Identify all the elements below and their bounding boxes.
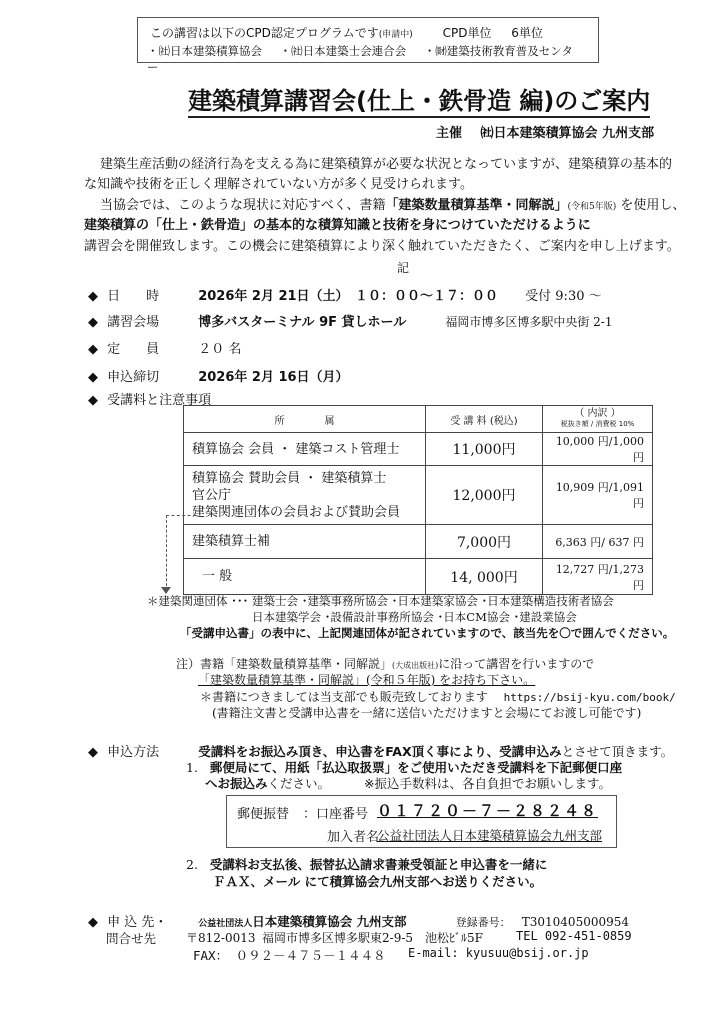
book-url-link[interactable]: https://bsij-kyu.com/book/ <box>504 691 676 704</box>
intro-p2-line2: 建築積算の「仕上・鉄骨造」の基本的な積算知識と技術を身につけていただけるように <box>84 214 591 233</box>
cpd-info-box: この講習は以下のCPD認定プログラムです(申請中) CPD単位 6単位 ・㈳日本… <box>137 17 599 63</box>
contact-tel: TEL 092-451-0859 <box>516 929 632 943</box>
cpd-line: この講習は以下のCPD認定プログラムです(申請中) CPD単位 6単位 <box>150 24 543 41</box>
cpd-orgs: ・㈳日本建築積算協会 ・㈳日本建築士会連合会 ・㈶建築技術教育普及センター <box>147 43 598 75</box>
header-fee: 受 講 料 (税込) <box>426 406 543 433</box>
table-row: 積算協会 会員 ・ 建築コスト管理士 11,000円 10,000 円/1,00… <box>184 433 653 466</box>
breakdown-title: （ 内訳 ） <box>551 408 644 419</box>
row-fee: 11,000円 <box>426 433 543 466</box>
intro-p1-line1: 建築生産活動の経済行為を支える為に建築積算が必要な状況となっていますが、建築積算… <box>100 153 672 172</box>
diamond-icon: ◆ <box>88 915 98 930</box>
book-note-line4: (書籍注文書と受講申込書を一緒に送信いただけますと会場にてお渡し可能です) <box>212 704 641 721</box>
contact-org-prefix: 公益社団法人 <box>198 919 252 929</box>
diamond-icon: ◆ <box>88 289 98 304</box>
contact-address: 福岡市博多区博多駅東2-9-5 池松ﾋﾞﾙ5F <box>262 929 483 946</box>
step2-number: 2. <box>186 857 198 872</box>
contact-email-link[interactable]: E-mail: kyusuu@bsij.or.jp <box>408 946 589 960</box>
intro-p2-line1: 当協会では、このような現状に対応すべく、書籍「建築数量積算基準・同解説」(令和5… <box>100 194 685 213</box>
book-note-text: に沿って講習を行いますので <box>438 657 594 671</box>
row-affiliation: 積算協会 会員 ・ 建築コスト管理士 <box>184 433 426 466</box>
contact-postal: 〒812-0013 <box>186 929 256 946</box>
cpd-org: ・㈳日本建築積算協会 <box>147 44 262 58</box>
reg-number: T3010405000954 <box>522 915 629 929</box>
detail-date: ◆ 日 時 2026年 2月 21日（土） １０：００～１７：００ 受付 9:3… <box>88 285 602 304</box>
organizer-label: 主催 <box>436 126 462 141</box>
diamond-icon: ◆ <box>88 393 98 408</box>
row-breakdown: 10,909 円/1,091 円 <box>543 466 653 525</box>
intro-text: を使用し、 <box>620 198 685 213</box>
step1-text-bold: へお振込み <box>205 776 268 791</box>
table-header-row: 所 属 受 講 料 (税込) （ 内訳 ） 税抜き額 / 消費税 10% <box>184 406 653 433</box>
contact-org-name: 日本建築積算協会 九州支部 <box>252 914 406 929</box>
contact-fax: FAX： ０９２－４７５－１４４８ <box>193 946 386 964</box>
step1-line2: へお振込みください。 ※振込手数料は、各自負担でお願いします。 <box>205 774 611 792</box>
row-fee: 7,000円 <box>426 525 543 559</box>
step2-line2: ＦＡＸ、メール にて積算協会九州支部へお送りください。 <box>213 872 542 890</box>
capacity-value: ２０ 名 <box>198 342 241 357</box>
fee-table: 所 属 受 講 料 (税込) （ 内訳 ） 税抜き額 / 消費税 10% 積算協… <box>183 405 653 595</box>
application-intro-bold: 受講料をお振込み頂き、申込書をFAX頂く事により、受講申込み <box>198 744 561 759</box>
table-row: 積算協会 賛助会員 ・ 建築積算士 官公庁 建築関連団体の会員および賛助会員 1… <box>184 466 653 525</box>
application-intro-rest: とさせて頂きます。 <box>562 744 674 759</box>
account-type-label: 郵便振替 <box>237 803 289 822</box>
organizer-name: ㈳日本建築積算協会 九州支部 <box>481 126 655 141</box>
venue-label: 講習会場 <box>107 311 187 330</box>
row-breakdown: 12,727 円/1,273 円 <box>543 559 653 595</box>
related-orgs-line2: 日本建築学会 ･設備設計事務所協会 ･日本CM協会 ･建設業協会 <box>252 609 577 625</box>
related-orgs-line1: ＊建築関連団体 ･･･ 建築士会 ･建築事務所協会 ･日本建築家協会 ･日本建築… <box>147 593 614 609</box>
affiliation-text: 積算協会 賛助会員 ・ 建築積算士 <box>192 470 417 487</box>
application-label: 申込方法 <box>107 741 187 760</box>
step1-text-rest: ください。 <box>268 776 331 791</box>
row-breakdown: 10,000 円/1,000 円 <box>543 433 653 466</box>
venue-address: 福岡市博多区博多駅中央街 2-1 <box>445 315 612 329</box>
book-note-line3: ＊書籍につきましては当支部でも販売致しております https://bsij-ky… <box>200 688 676 705</box>
application-intro: 受講料をお振込み頂き、申込書をFAX頂く事により、受講申込みとさせて頂きます。 <box>198 744 673 759</box>
fee-note: ※振込手数料は、各自負担でお願いします。 <box>364 776 611 791</box>
step1-text: 郵便局にて、用紙「払込取扱票」をご使用いただき受講料を下記郵便口座 <box>210 760 622 775</box>
venue-value: 博多バスターミナル 9F 貸しホール <box>198 315 406 330</box>
table-row: 建築積算士補 7,000円 6,363 円/ 637 円 <box>184 525 653 559</box>
row-fee: 14, 000円 <box>426 559 543 595</box>
account-box: 郵便振替 ：口座番号 ０１７２０－７－２８２４８ 加入者名 公益社団法人日本建築… <box>226 795 617 848</box>
intro-p2-line3: 講習会を開催致します。この機会に建築積算により深く触れていただきたく、ご案内を申… <box>84 235 680 254</box>
affiliation-text: 建築積算士補 <box>192 534 270 549</box>
cpd-units-label: CPD単位 <box>443 26 492 40</box>
detail-deadline: ◆ 申込締切 2026年 2月 16日（月） <box>88 366 349 385</box>
date-label: 日 時 <box>107 285 187 304</box>
step2-text: 受講料お支払後、振替払込請求書兼受領証と申込書を一緒に <box>210 857 548 872</box>
account-holder-label: 加入者名 <box>327 826 379 845</box>
row-breakdown: 6,363 円/ 637 円 <box>543 525 653 559</box>
deadline-value: 2026年 2月 16日（月） <box>198 370 348 385</box>
diamond-icon: ◆ <box>88 315 98 330</box>
step2-line1: 2. 受講料お支払後、振替払込請求書兼受領証と申込書を一緒に <box>186 855 547 873</box>
affiliation-text: 官公庁 <box>192 487 417 504</box>
detail-venue: ◆ 講習会場 博多バスターミナル 9F 貸しホール 福岡市博多区博多駅中央街 2… <box>88 311 613 330</box>
contact-label: 申 込 先・ <box>107 911 187 930</box>
row-affiliation: 積算協会 賛助会員 ・ 建築積算士 官公庁 建築関連団体の会員および賛助会員 <box>184 466 426 525</box>
intro-p1-line2: な知識や技術を正しく理解されていない方が多く見受けられます。 <box>84 173 473 192</box>
book-note-text: 注）書籍「建築数量積算基準・同解説」 <box>176 657 392 671</box>
row-fee: 12,000円 <box>426 466 543 525</box>
reception-time: 受付 9:30 ～ <box>525 289 601 304</box>
diamond-icon: ◆ <box>88 745 98 760</box>
diamond-icon: ◆ <box>88 370 98 385</box>
book-publisher: (大成出版社) <box>392 661 438 670</box>
related-orgs-instruction: 「受講申込書」の表中に、上記関連団体が記されていますので、該当先を〇で囲んでくだ… <box>180 625 674 641</box>
capacity-label: 定 員 <box>107 338 187 357</box>
date-value: 2026年 2月 21日（土） １０：００～１７：００ <box>198 289 498 304</box>
cpd-program-text: この講習は以下のCPD認定プログラムです <box>150 26 379 40</box>
contact-label2: 問合せ先 <box>106 929 156 947</box>
reg-label: 登録番号： <box>456 916 511 929</box>
page-title: 建築積算講習会(仕上・鉄骨造 編)のご案内 <box>188 86 650 118</box>
dashed-connector <box>166 515 196 516</box>
ki-heading: 記 <box>397 259 409 276</box>
dashed-connector <box>166 515 167 591</box>
book-note-line1: 注）書籍「建築数量積算基準・同解説」(大成出版社)に沿って講習を行いますので <box>176 655 594 672</box>
account-number-label: ：口座番号 <box>303 803 368 822</box>
cpd-org: ・㈳日本建築士会連合会 <box>280 44 407 58</box>
header-breakdown: （ 内訳 ） 税抜き額 / 消費税 10% <box>543 406 653 433</box>
detail-capacity: ◆ 定 員 ２０ 名 <box>88 338 241 357</box>
diamond-icon: ◆ <box>88 342 98 357</box>
book-edition: (令和5年版) <box>568 202 617 212</box>
deadline-label: 申込締切 <box>107 366 187 385</box>
book-note-line2: 「建築数量積算基準・同解説」(令和５年版) をお持ち下さい。 <box>198 671 535 688</box>
step1-number: 1. <box>186 760 198 775</box>
account-holder: 公益社団法人日本建築積算協会九州支部 <box>377 826 602 844</box>
book-note-text: ＊書籍につきましては当支部でも販売致しております <box>200 690 488 704</box>
book-title: 「建築数量積算基準・同解説」 <box>385 198 567 213</box>
affiliation-text: 積算協会 会員 ・ 建築コスト管理士 <box>192 442 399 457</box>
affiliation-text: 一 般 <box>202 569 232 584</box>
intro-text: 当協会では、このような現状に対応すべく、書籍 <box>100 198 385 213</box>
breakdown-sub: 税抜き額 / 消費税 10% <box>551 419 644 430</box>
row-affiliation: 建築積算士補 <box>184 525 426 559</box>
organizer: 主催 ㈳日本建築積算協会 九州支部 <box>436 122 654 141</box>
contact-section: ◆ 申 込 先・ 公益社団法人日本建築積算協会 九州支部 登録番号： T3010… <box>88 911 629 930</box>
affiliation-text: 建築関連団体の会員および賛助会員 <box>192 504 417 521</box>
header-affiliation: 所 属 <box>184 406 426 433</box>
cpd-units-value: 6単位 <box>511 26 543 40</box>
row-affiliation: 一 般 <box>184 559 426 595</box>
table-row: 一 般 14, 000円 12,727 円/1,273 円 <box>184 559 653 595</box>
account-number: ０１７２０－７－２８２４８ <box>377 800 598 821</box>
cpd-pending-note: (申請中) <box>379 30 413 40</box>
